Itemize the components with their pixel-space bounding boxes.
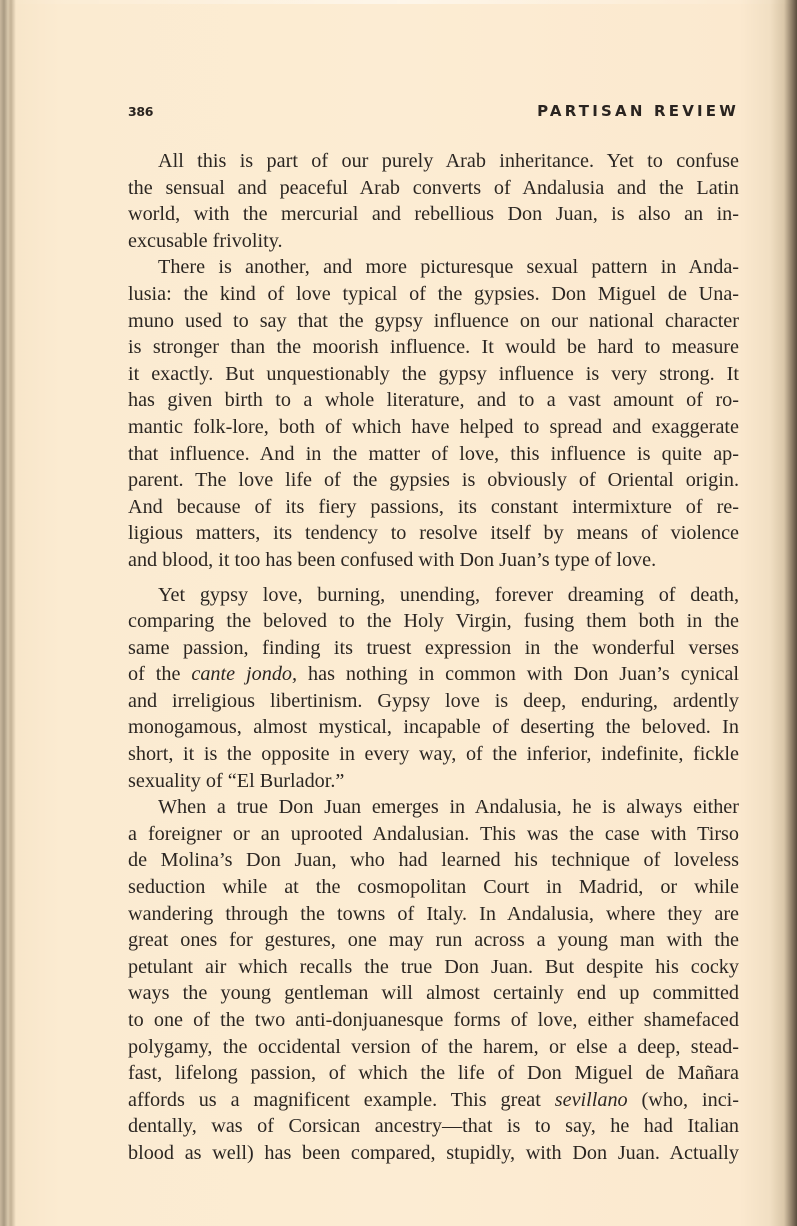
text-line: muno used to say that the gypsy influenc… [128, 308, 739, 335]
text-line: lusia: the kind of love typical of the g… [128, 281, 739, 308]
body-text: All this is part of our purely Arab inhe… [128, 148, 739, 1167]
text-line: fast, lifelong passion, of which the lif… [128, 1060, 739, 1087]
text-line: ligious matters, its tendency to resolve… [128, 520, 739, 547]
text-line: When a true Don Juan emerges in Andalusi… [128, 794, 739, 821]
text-line: has given birth to a whole literature, a… [128, 387, 739, 414]
text-run: affords us a magnificent example. This g… [128, 1089, 555, 1111]
running-head: 386 PARTISAN REVIEW [128, 104, 739, 124]
text-line: world, with the mercurial and rebellious… [128, 201, 739, 228]
text-line: that influence. And in the matter of lov… [128, 441, 739, 468]
text-line: dentally, was of Corsican ancestry—that … [128, 1113, 739, 1140]
text-line: monogamous, almost mystical, incapable o… [128, 714, 739, 741]
text-line: it exactly. But unquestionably the gypsy… [128, 361, 739, 388]
text-line: seduction while at the cosmopolitan Cour… [128, 874, 739, 901]
text-line: ways the young gentleman will almost cer… [128, 980, 739, 1007]
text-line: and blood, it too has been confused with… [128, 547, 739, 574]
journal-title: PARTISAN REVIEW [537, 102, 739, 120]
text-line: parent. The love life of the gypsies is … [128, 467, 739, 494]
page-number: 386 [128, 104, 153, 119]
text-line: petulant air which recalls the true Don … [128, 954, 739, 981]
text-line: mantic folk-lore, both of which have hel… [128, 414, 739, 441]
text-line: is stronger than the moorish influence. … [128, 334, 739, 361]
italic-term: cante jondo, [191, 663, 297, 685]
text-line: great ones for gestures, one may run acr… [128, 927, 739, 954]
text-line: Yet gypsy love, burning, unending, forev… [128, 582, 739, 609]
italic-term: sevillano [555, 1089, 628, 1111]
text-line-with-italic: of the cante jondo, has nothing in commo… [128, 661, 739, 688]
text-line-with-italic: affords us a magnificent example. This g… [128, 1087, 739, 1114]
book-page: 386 PARTISAN REVIEW All this is part of … [0, 0, 797, 1226]
text-line: polygamy, the occidental version of the … [128, 1034, 739, 1061]
text-line: comparing the beloved to the Holy Virgin… [128, 608, 739, 635]
text-line: All this is part of our purely Arab inhe… [128, 148, 739, 175]
text-line: blood as well) has been compared, stupid… [128, 1140, 739, 1167]
text-line: a foreigner or an uprooted Andalusian. T… [128, 821, 739, 848]
text-line: wandering through the towns of Italy. In… [128, 901, 739, 928]
text-line: short, it is the opposite in every way, … [128, 741, 739, 768]
text-run: (who, inci- [628, 1089, 739, 1111]
text-line: and irreligious libertinism. Gypsy love … [128, 688, 739, 715]
text-line: de Molina’s Don Juan, who had learned hi… [128, 847, 739, 874]
text-line: to one of the two anti-donjuanesque form… [128, 1007, 739, 1034]
text-line: And because of its fiery passions, its c… [128, 494, 739, 521]
text-run: has nothing in common with Don Juan’s cy… [297, 663, 739, 685]
text-line: same passion, finding its truest express… [128, 635, 739, 662]
text-line: excusable frivolity. [128, 228, 739, 255]
text-line: sexuality of “El Burlador.” [128, 768, 739, 795]
text-line: the sensual and peaceful Arab converts o… [128, 175, 739, 202]
text-run: of the [128, 663, 191, 685]
text-line: There is another, and more picturesque s… [128, 254, 739, 281]
